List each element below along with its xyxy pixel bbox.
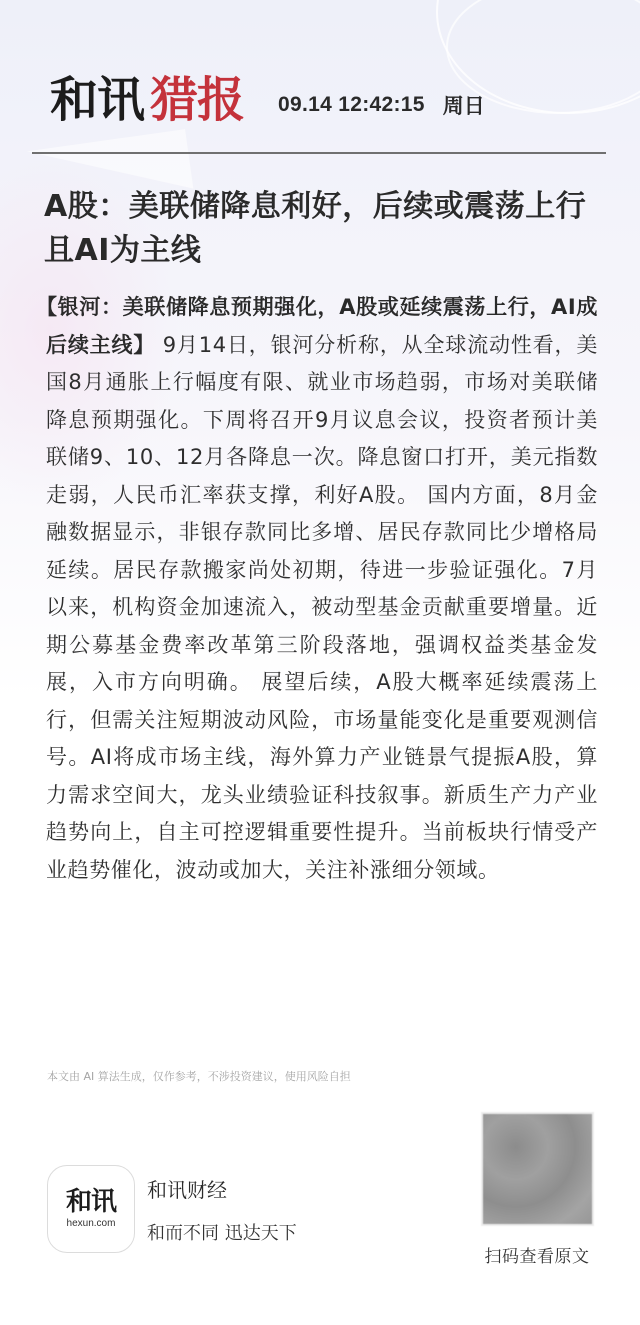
logo-liebao-text: 猎报	[150, 76, 244, 124]
report-header: 和讯 猎报 09.14 12:42:15 周日	[50, 70, 610, 130]
brand-text: 和讯财经 和而不同 迅达天下	[147, 1174, 297, 1245]
report-datetime: 09.14 12:42:15	[278, 93, 425, 117]
article-title: A股：美联储降息利好，后续或震荡上行且AI为主线	[44, 185, 600, 273]
brand-slogan: 和而不同 迅达天下	[147, 1219, 297, 1245]
app-icon-domain: hexun.com	[67, 1218, 116, 1229]
qr-section: 扫码查看原文	[481, 1112, 593, 1267]
logo-hexun-text: 和讯	[50, 76, 144, 124]
report-weekday: 周日	[443, 90, 485, 120]
qr-caption: 扫码查看原文	[485, 1242, 590, 1267]
header-divider	[32, 152, 606, 154]
hexun-liebao-logo: 和讯 猎报	[50, 76, 244, 124]
ai-disclaimer: 本文由 AI 算法生成，仅作参考，不涉投资建议，使用风险自担	[47, 1068, 351, 1084]
article-text: 9月14日，银河分析称，从全球流动性看，美国8月通胀上行幅度有限、就业市场趋弱，…	[46, 333, 598, 882]
qr-code[interactable]	[481, 1112, 594, 1226]
report-time: 12:42:15	[338, 93, 424, 116]
report-date: 09.14	[278, 93, 332, 116]
app-icon-mark: 和讯	[66, 1189, 116, 1215]
footer-brand: 和讯 hexun.com 和讯财经 和而不同 迅达天下	[47, 1165, 297, 1253]
hexun-app-icon: 和讯 hexun.com	[47, 1165, 135, 1253]
brand-name: 和讯财经	[147, 1174, 297, 1203]
article-body: 【银河：美联储降息预期强化，A股或延续震荡上行，AI成后续主线】 9月14日，银…	[46, 289, 598, 889]
